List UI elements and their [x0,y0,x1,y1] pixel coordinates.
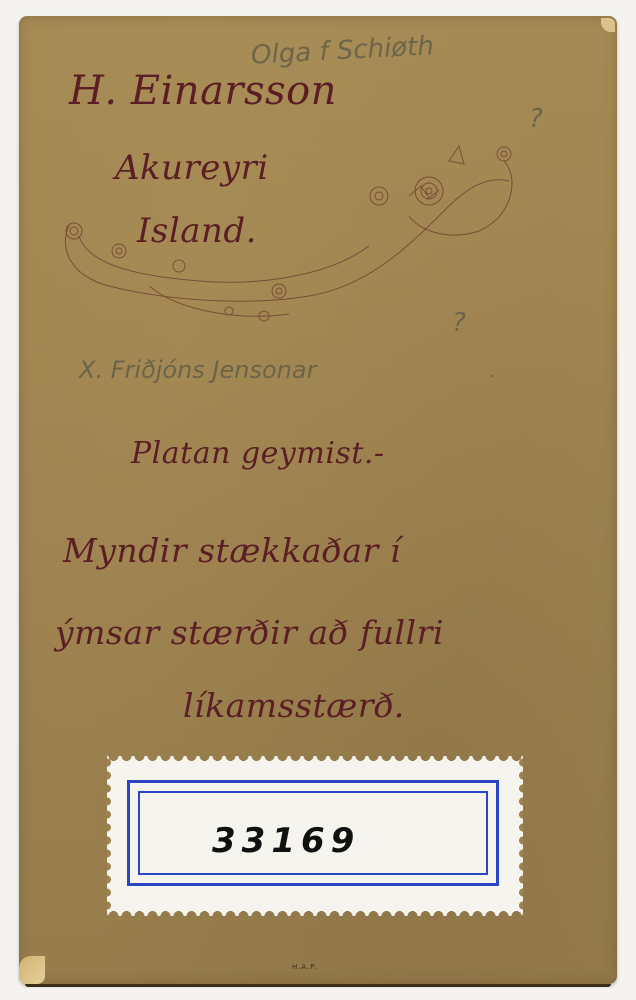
studio-name: H. Einarsson [69,68,337,114]
pencil-dot: · [489,366,495,387]
perforation-right [517,756,523,916]
notice-plate-kept: Platan geymist.- [131,436,385,471]
notice-enlargement-line-3: líkamsstærð. [183,686,405,725]
pencil-note-name: Olga f Schiøth [250,31,434,71]
pencil-question-mark-2: ? [452,308,466,338]
notice-enlargement-line-1: Myndir stækkaðar í [63,531,401,570]
photograph-card-back: H. Einarsson Akureyri Island. Olga f Sch… [19,16,617,984]
catalog-number-label: 33169 [107,756,523,916]
studio-city: Akureyri [115,148,269,188]
pencil-question-mark: ? [529,104,543,134]
perforation-left [107,756,113,916]
label-frame-inner: 33169 [138,791,488,875]
pencil-note-relation: X. Friðjóns Jensonar [79,356,316,384]
notice-enlargement-line-2: ýmsar stærðir að fullri [55,613,444,652]
studio-country: Island. [137,211,257,251]
corner-wear-top-right [601,18,615,32]
corner-wear-bottom-left [19,956,45,984]
catalog-number: 33169 [212,821,360,861]
printer-mark: H.A.P. [292,963,318,971]
card-edge-shadow [25,984,611,987]
label-frame-outer: 33169 [127,780,499,886]
